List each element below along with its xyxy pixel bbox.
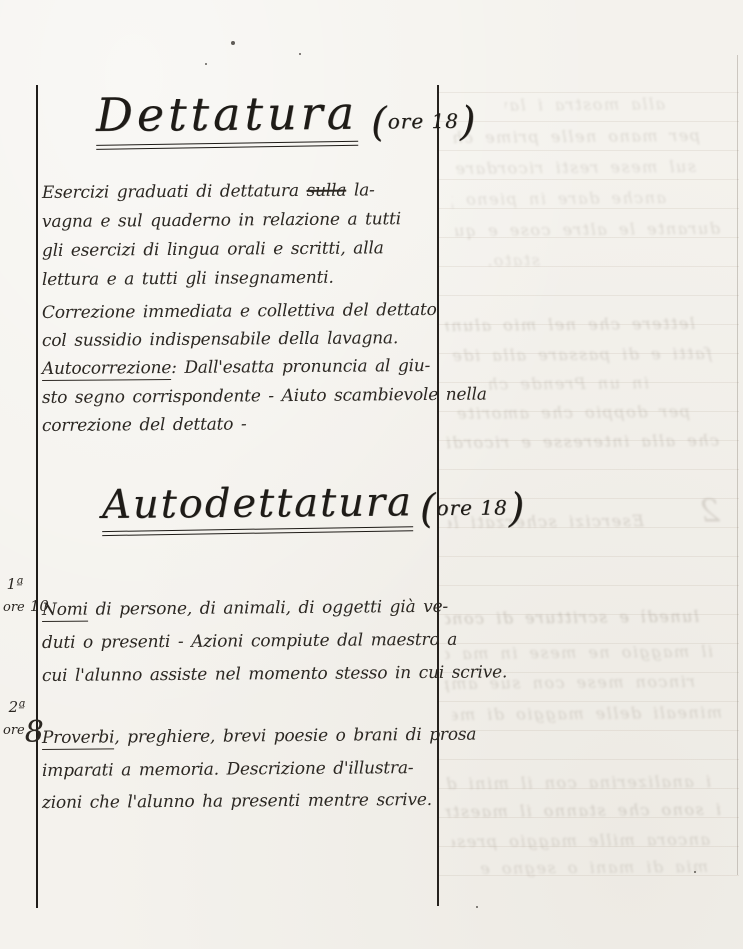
line-text: di persone, di animali, di oggetti già v… <box>88 597 448 620</box>
hours-text: ore 18 <box>436 495 507 520</box>
bleedthrough-line: anche dare in pieno per sue <box>452 188 666 209</box>
paragraph-line: Correzione immediata e collettiva del de… <box>42 300 437 323</box>
margin-note-2: 2ª <box>0 697 34 716</box>
paragraph-line: imparati a memoria. Descrizione d'illust… <box>42 758 414 781</box>
line-text: : Dall'esatta pronuncia al giu- <box>171 356 430 378</box>
hours-text: ore 18 <box>388 109 459 134</box>
right-page-edge <box>737 55 738 875</box>
bleedthrough-line: il maggio ne mese in ma che si <box>445 642 713 663</box>
bleedthrough-line: per doppio che amorite il mese <box>452 402 690 423</box>
paragraph-line: Autocorrezione: Dall'esatta pronuncia al… <box>42 356 430 379</box>
bleedthrough-line: ancora mille maggio presentio <box>452 830 710 851</box>
struck-word: sulla <box>306 181 346 201</box>
margin-ordinal: 1ª <box>7 575 24 593</box>
dust-speck <box>231 41 235 45</box>
open-paren: ( <box>420 486 436 532</box>
page: alla mostra i lavori delleper mano nelle… <box>0 0 743 949</box>
bleedthrough-line: fatti e di passare alla idea di ma <box>452 344 712 365</box>
line-text: Esercizi graduati di dettatura <box>42 181 307 203</box>
bleedthrough-line: per mano nelle prime che si mano <box>452 126 700 147</box>
paragraph-line: lettura e a tutti gli insegnamenti. <box>42 268 334 290</box>
underlined-word: Autocorrezione <box>42 358 171 381</box>
bleedthrough-line: in un Prende che dirsi <box>485 373 649 393</box>
line-text: la- <box>346 180 375 200</box>
bleedthrough-line: i sono che stanno il maestro sim <box>445 800 721 821</box>
paragraph-line: sto segno corrispondente - Aiuto scambie… <box>42 385 487 408</box>
section-title-autodettatura: Autodettatura(ore 18) <box>102 478 526 537</box>
margin-note-1: 1ª <box>0 574 30 593</box>
bleedthrough-line: 2 <box>698 492 720 530</box>
margin-hours-1: ore 10 <box>3 596 49 615</box>
dust-speck <box>299 53 301 55</box>
line-text: , preghiere, brevi poesie o brani di pro… <box>114 725 476 748</box>
bleedthrough-line: stato. <box>452 251 540 271</box>
paragraph-line: Nomi di persone, di animali, di oggetti … <box>42 597 448 620</box>
paragraph-line: vagna e sul quaderno in relazione a tutt… <box>42 209 401 232</box>
underlined-word: Proverbi <box>42 727 114 750</box>
left-margin-rule <box>36 85 38 908</box>
bleedthrough-line: durante le altre cose e quando si <box>452 219 720 240</box>
bleedthrough-line: lunedì e scritture di condotte <box>445 607 699 628</box>
close-paren: ) <box>460 99 476 145</box>
title-hours: (ore 18) <box>419 495 526 520</box>
paragraph-line: Proverbi, preghiere, brevi poesie o bran… <box>42 725 476 748</box>
bleedthrough-line: sul mese resti ricordare il mese <box>452 157 696 178</box>
bleedthrough-line: mia di mani o segno e il mondo <box>470 857 708 878</box>
paragraph-line: correzione del dettato - <box>42 414 247 436</box>
section-title-dettatura: Dettatura(ore 18) <box>96 85 477 151</box>
close-paren: ) <box>509 485 525 531</box>
paragraph-line: cui l'alunno assiste nel momento stesso … <box>42 662 507 686</box>
paragraph-line: col sussidio indispensabile della lavagn… <box>42 328 398 351</box>
title-hours: (ore 18) <box>370 109 477 134</box>
paragraph-line: duti o presenti - Azioni compiute dal ma… <box>42 630 457 653</box>
bleedthrough-line: lettere che nel mio alunni e si <box>445 314 695 335</box>
title-word: Autodettatura <box>102 479 413 537</box>
ore-value: 8 <box>25 715 44 750</box>
dust-speck <box>205 63 207 65</box>
bleedthrough-line: alla mostra i lavori delle <box>505 94 665 114</box>
ore-value: 10 <box>30 597 49 615</box>
dust-speck <box>694 871 696 873</box>
title-word: Dettatura <box>96 86 359 151</box>
dust-speck <box>476 906 478 908</box>
margin-hours-2: ore8 <box>3 719 44 743</box>
margin-ordinal: 2ª <box>9 698 26 716</box>
bleedthrough-line: mineali delle maggio di mese si <box>452 703 722 724</box>
paragraph-line: zioni che l'alunno ha presenti mentre sc… <box>42 790 432 813</box>
bleedthrough-line: i analizerina con il mini di me <box>445 772 711 793</box>
paragraph-line: Esercizi graduati di dettatura sulla la- <box>42 180 375 203</box>
bleedthrough-line: che alla interesse e ricordiamo mi <box>445 431 719 452</box>
ore-label: ore <box>3 723 25 738</box>
ore-label: ore <box>3 600 25 615</box>
paragraph-line: gli esercizi di lingua orali e scritti, … <box>42 238 384 261</box>
open-paren: ( <box>371 99 387 145</box>
